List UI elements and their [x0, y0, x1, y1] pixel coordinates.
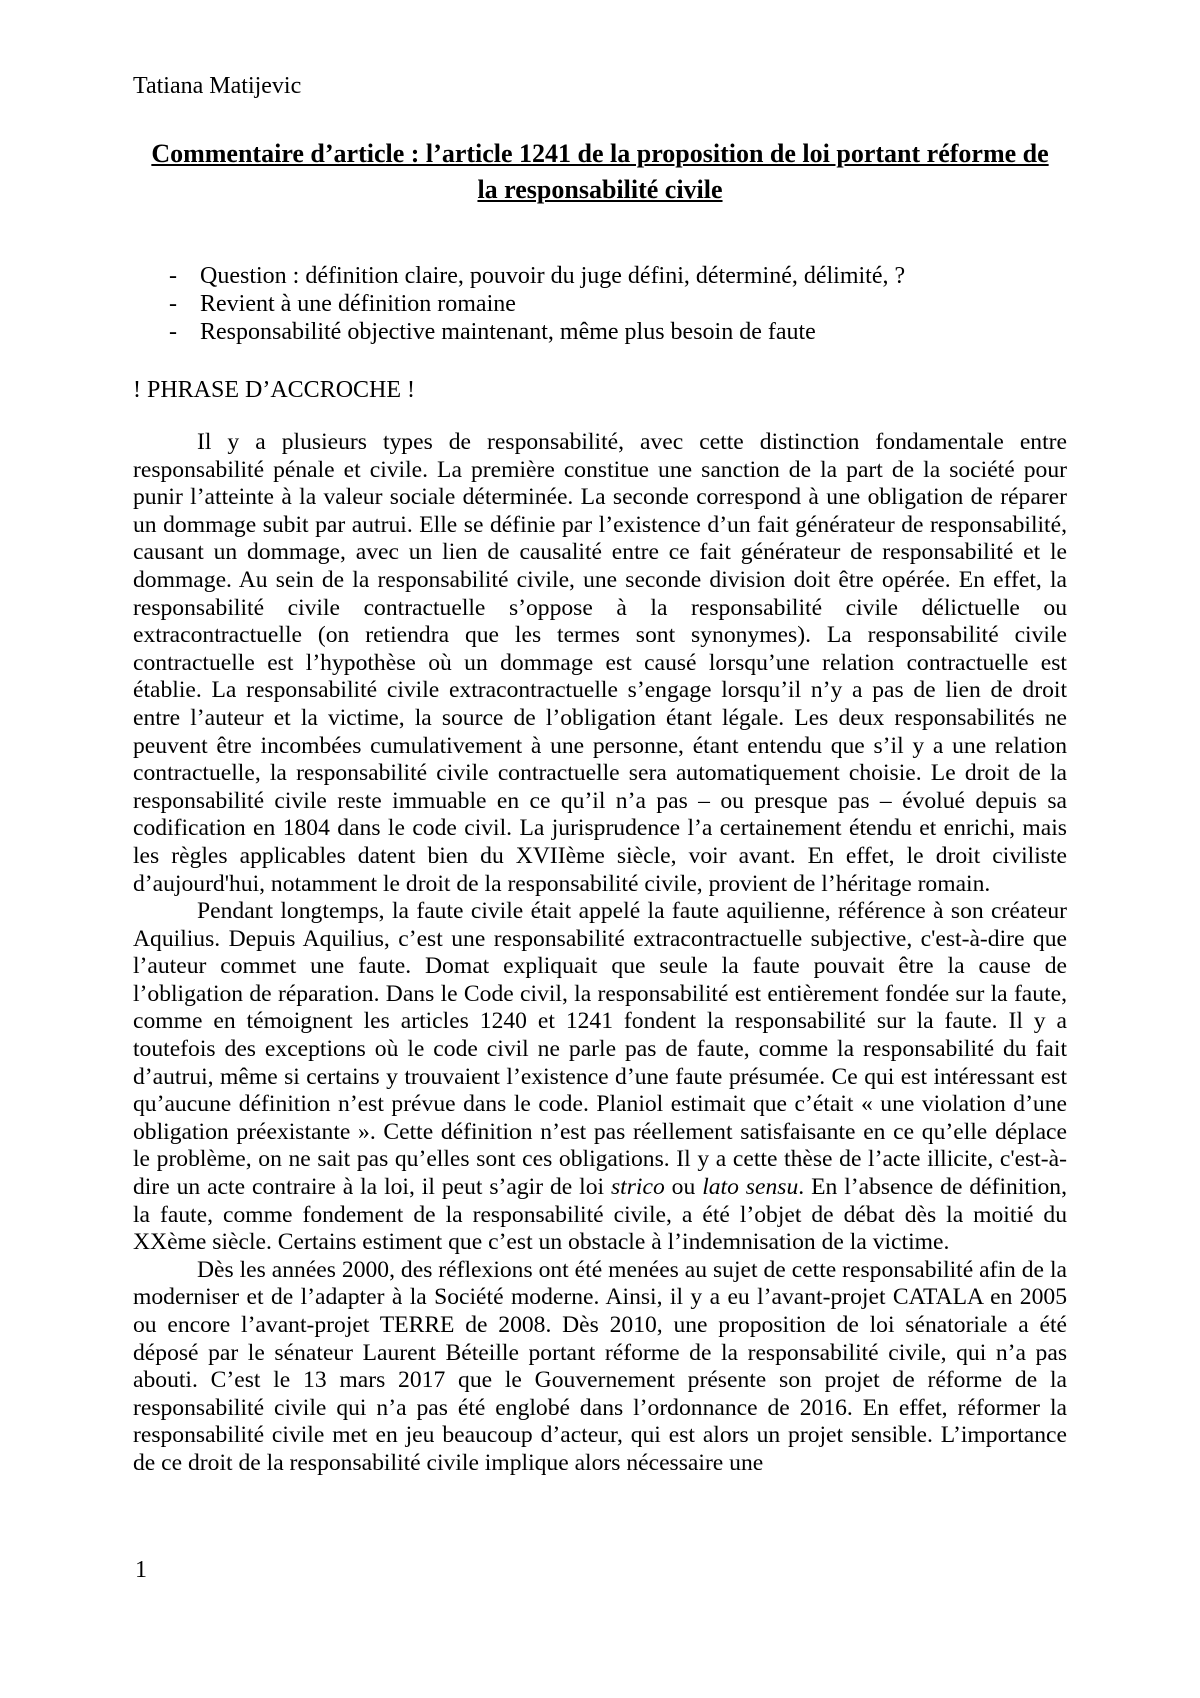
- paragraph-1: Il y a plusieurs types de responsabilité…: [133, 429, 1067, 898]
- title-line-2: la responsabilité civile: [477, 175, 722, 204]
- page-number: 1: [135, 1556, 147, 1584]
- author-line: Tatiana Matijevic: [133, 72, 1067, 100]
- note-text: Question : définition claire, pouvoir du…: [200, 263, 905, 289]
- bullet-dash: -: [169, 262, 177, 290]
- notes-list: - Question : définition claire, pouvoir …: [133, 262, 1067, 346]
- note-text: Responsabilité objective maintenant, mêm…: [200, 319, 816, 345]
- paragraph-3: Dès les années 2000, des réflexions ont …: [133, 1257, 1067, 1478]
- note-item: - Revient à une définition romaine: [133, 290, 1067, 318]
- bullet-dash: -: [169, 290, 177, 318]
- accroche-line: ! PHRASE D’ACCROCHE !: [133, 376, 1067, 404]
- paragraph-2-run: ou: [665, 1174, 702, 1200]
- page-content: Tatiana Matijevic Commentaire d’article …: [133, 0, 1067, 1478]
- note-item: - Question : définition claire, pouvoir …: [133, 262, 1067, 290]
- bullet-dash: -: [169, 318, 177, 346]
- body-paragraphs: Il y a plusieurs types de responsabilité…: [133, 429, 1067, 1478]
- document-page: Tatiana Matijevic Commentaire d’article …: [0, 0, 1200, 1698]
- document-title: Commentaire d’article : l’article 1241 d…: [133, 136, 1067, 208]
- title-line-1: Commentaire d’article : l’article 1241 d…: [151, 139, 1048, 168]
- latin-phrase-italic: lato sensu: [702, 1174, 798, 1200]
- note-text: Revient à une définition romaine: [200, 291, 516, 317]
- note-item: - Responsabilité objective maintenant, m…: [133, 318, 1067, 346]
- latin-phrase-italic: strico: [611, 1174, 665, 1200]
- paragraph-2-run: Pendant longtemps, la faute civile était…: [133, 898, 1067, 1200]
- paragraph-2: Pendant longtemps, la faute civile était…: [133, 898, 1067, 1257]
